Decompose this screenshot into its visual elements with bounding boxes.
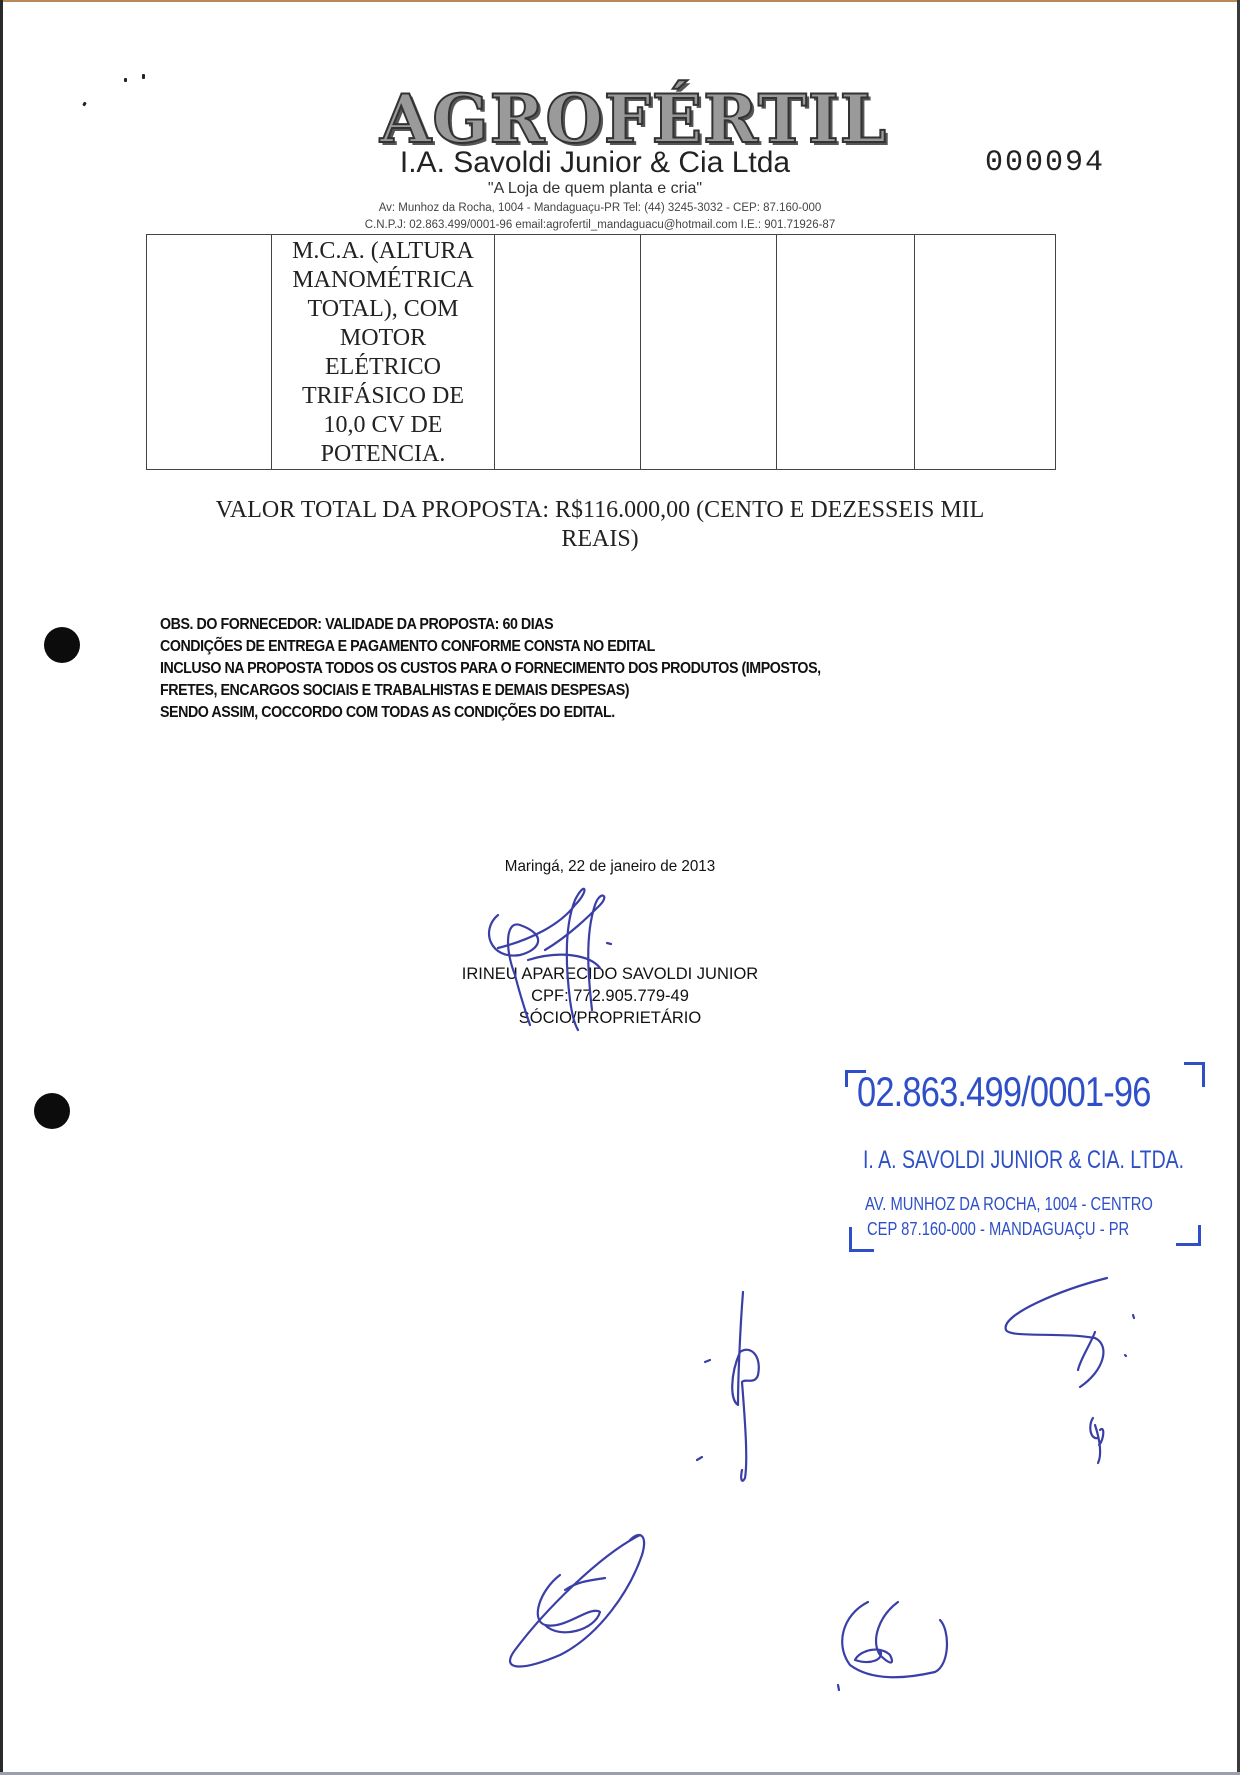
company-logo: AGROFÉRTIL xyxy=(380,84,800,154)
observation-line: SENDO ASSIM, COCCORDO COM TODAS AS CONDI… xyxy=(160,702,988,724)
stamp-cnpj: 02.863.499/0001-96 xyxy=(857,1068,1151,1116)
description-line: MANOMÉTRICA xyxy=(272,266,494,295)
initial-4 xyxy=(842,1602,947,1677)
description-line: ELÉTRICO xyxy=(272,353,494,382)
company-registry: C.N.P.J: 02.863.499/0001-96 email:agrofe… xyxy=(240,219,960,232)
description-line: POTENCIA. xyxy=(272,440,494,469)
table-cell-description: M.C.A. (ALTURA MANOMÉTRICA TOTAL), COM M… xyxy=(272,235,495,470)
initial-2 xyxy=(1006,1278,1107,1387)
proposal-total-line: REAIS) xyxy=(180,525,1020,554)
description-line: 10,0 CV DE xyxy=(272,411,494,440)
signer-cpf: CPF: 772.905.779-49 xyxy=(420,985,800,1007)
punch-hole-bottom xyxy=(34,1093,70,1129)
table-cell-unit-price xyxy=(777,235,915,470)
scan-specks xyxy=(80,70,160,110)
company-stamp: 02.863.499/0001-96 I. A. SAVOLDI JUNIOR … xyxy=(845,1062,1205,1252)
scan-edge-top xyxy=(0,0,1240,2)
description-line: TOTAL), COM xyxy=(272,295,494,324)
company-slogan: "A Loja de quem planta e cria" xyxy=(340,180,850,198)
items-table: M.C.A. (ALTURA MANOMÉTRICA TOTAL), COM M… xyxy=(146,234,1056,470)
document-number: 000094 xyxy=(985,146,1105,180)
proposal-total: VALOR TOTAL DA PROPOSTA: R$116.000,00 (C… xyxy=(180,496,1020,554)
initial-1 xyxy=(732,1292,759,1481)
scan-edge-left xyxy=(0,0,3,1775)
stamp-address: AV. MUNHOZ DA ROCHA, 1004 - CENTRO xyxy=(865,1194,1153,1215)
signer-block: IRINEU APARECIDO SAVOLDI JUNIOR CPF: 772… xyxy=(420,963,800,1029)
description-line: TRIFÁSICO DE xyxy=(272,382,494,411)
table-cell-item xyxy=(147,235,272,470)
table-row: M.C.A. (ALTURA MANOMÉTRICA TOTAL), COM M… xyxy=(147,235,1056,470)
table-cell-quantity xyxy=(641,235,777,470)
table-cell-brand xyxy=(495,235,641,470)
observation-line: CONDIÇÕES DE ENTREGA E PAGAMENTO CONFORM… xyxy=(160,636,988,658)
observation-line: FRETES, ENCARGOS SOCIAIS E TRABALHISTAS … xyxy=(160,680,988,702)
place-and-date: Maringá, 22 de janeiro de 2013 xyxy=(430,858,791,876)
observation-line: OBS. DO FORNECEDOR: VALIDADE DA PROPOSTA… xyxy=(160,614,988,636)
observation-line: INCLUSO NA PROPOSTA TODOS OS CUSTOS PARA… xyxy=(160,658,988,680)
proposal-total-line: VALOR TOTAL DA PROPOSTA: R$116.000,00 (C… xyxy=(180,496,1020,525)
company-name: I.A. Savoldi Junior & Cia Ltda xyxy=(340,146,850,180)
initial-3 xyxy=(510,1535,644,1666)
stamp-company-name: I. A. SAVOLDI JUNIOR & CIA. LTDA. xyxy=(863,1146,1184,1175)
description-line: M.C.A. (ALTURA xyxy=(272,237,494,266)
company-address: Av: Munhoz da Rocha, 1004 - Mandaguaçu-P… xyxy=(240,202,960,215)
supplier-observations: OBS. DO FORNECEDOR: VALIDADE DA PROPOSTA… xyxy=(160,614,988,724)
signer-name: IRINEU APARECIDO SAVOLDI JUNIOR xyxy=(420,963,800,985)
stamp-cep: CEP 87.160-000 - MANDAGUAÇU - PR xyxy=(867,1219,1129,1240)
punch-hole-top xyxy=(44,627,80,663)
table-cell-total-price xyxy=(915,235,1056,470)
description-line: MOTOR xyxy=(272,324,494,353)
signer-role: SÓCIO/PROPRIETÁRIO xyxy=(420,1007,800,1029)
